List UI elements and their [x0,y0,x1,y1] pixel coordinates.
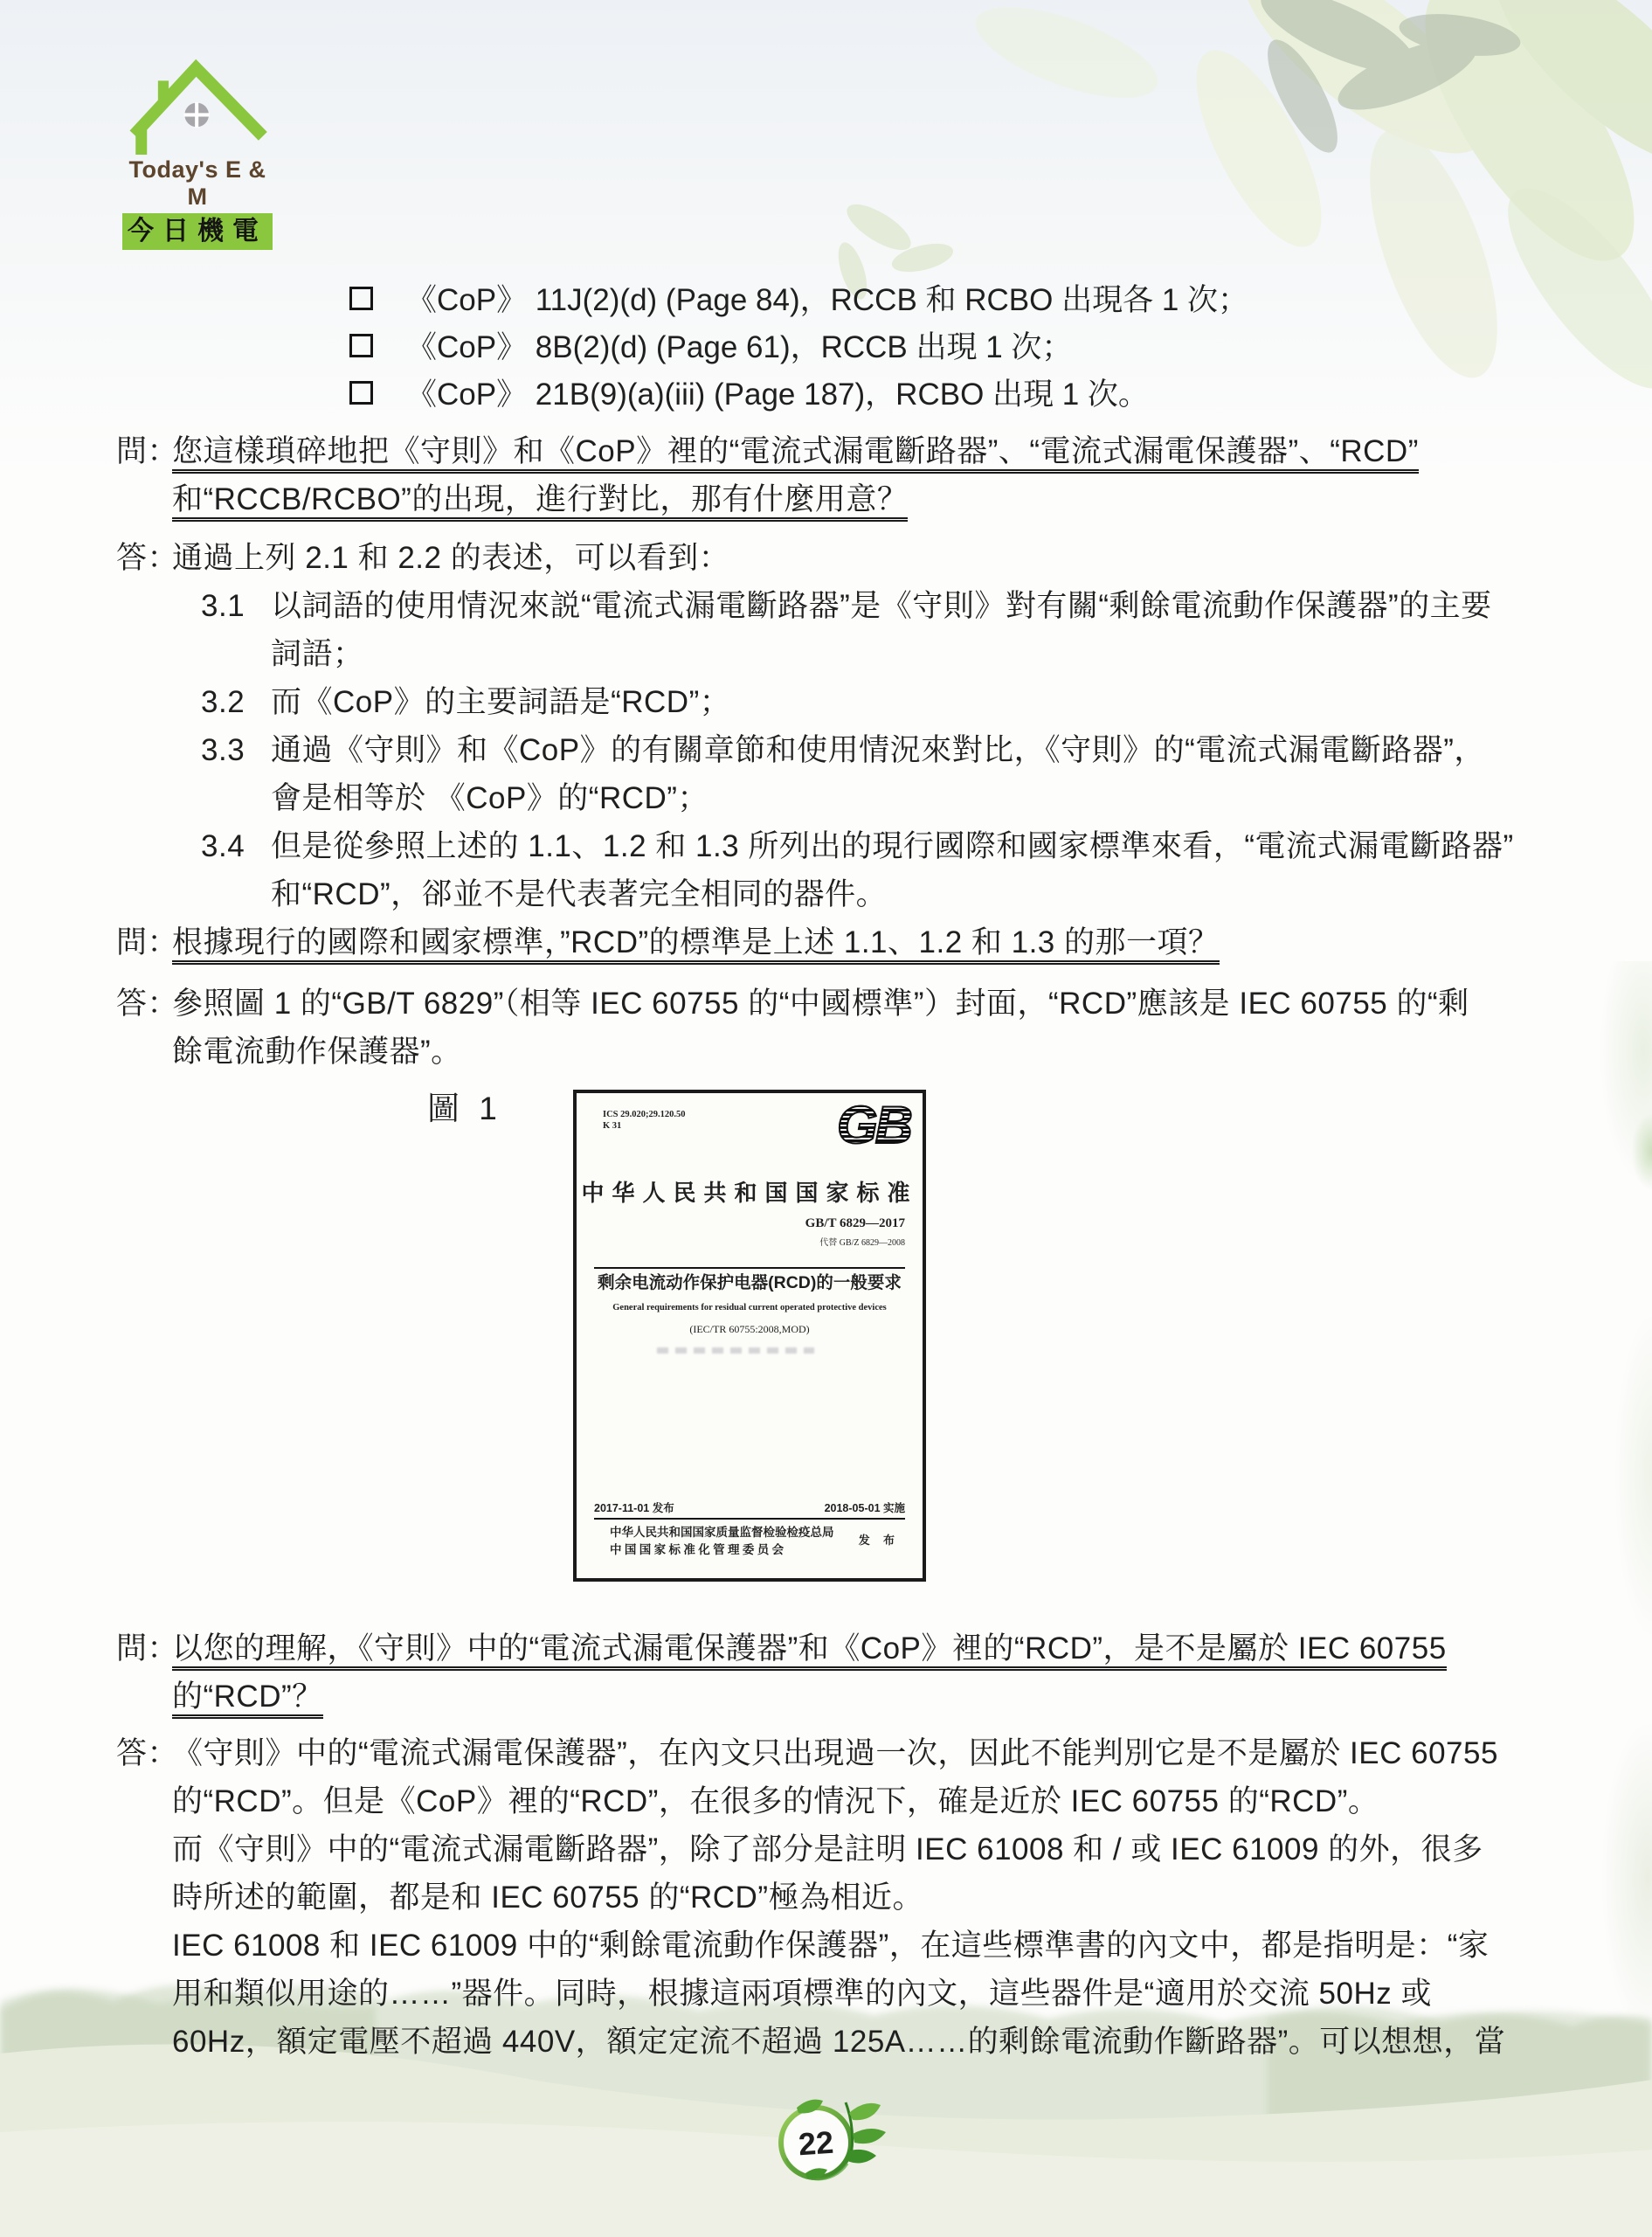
cover-subject-en: General requirements for residual curren… [577,1303,923,1312]
cover-ics-code: ICS 29.020;29.120.50 K 31 [603,1109,686,1132]
cover-publish-label: 发 布 [859,1531,900,1548]
answer-text: 《守則》中的“電流式漏電保護器”，在內文只出現過一次，因此不能判別它是不是屬於 … [172,1736,1498,1770]
subitem-number: 3.1 [201,587,271,626]
cover-issue-date: 2017-11-01 发布 [594,1499,674,1515]
answer-subitem: 3.2而《CoP》的主要詞語是“RCD”； [201,683,730,722]
cover-divider [594,1518,905,1520]
question-text: 您這樣瑣碎地把《守則》和《CoP》裡的“電流式漏電斷路器”、“電流式漏電保護器”… [172,434,1419,474]
answer-subitem: 和“RCD”，郤並不是代表著完全相同的器件。 [271,876,887,914]
house-logo-icon [122,48,273,155]
page-number: 22 [798,2124,835,2163]
answer-label: 答： [116,539,172,578]
answer-subitem: 會是相等於 《CoP》的“RCD”； [271,779,708,818]
subitem-text: 而《CoP》的主要詞語是“RCD”； [271,685,730,719]
logo-english-title: Today's E & M [122,156,273,211]
brand-logo: Today's E & M 今日機電 [122,48,273,250]
subitem-text: 通過《守則》和《CoP》的有關章節和使用情況來對比，《守則》的“電流式漏電斷路器… [271,733,1485,767]
answer-text: 60Hz，額定電壓不超過 440V，額定定流不超過 125A……的剩餘電流動作斷… [172,2025,1505,2059]
answer-text: 參照圖 1 的“GB/T 6829”（相等 IEC 60755 的“中國標準”）… [172,987,1469,1021]
right-edge-foliage [1547,961,1652,2080]
question-line: 問：根據現行的國際和國家標準，”RCD”的標準是上述 1.1、1.2 和 1.3… [116,924,1220,962]
answer-line: 答：通過上列 2.1 和 2.2 的表述，可以看到： [116,539,729,578]
cover-faded-text [657,1347,814,1354]
answer-line: 餘電流動作保護器”。 [172,1033,462,1071]
subitem-number: 3.3 [201,731,271,770]
question-label: 問： [116,433,172,471]
question-text: 以您的理解，《守則》中的“電流式漏電保護器”和《CoP》裡的“RCD”，是不是屬… [172,1631,1447,1671]
subitem-number: 3.4 [201,828,271,866]
cover-standard-number: GB/T 6829—2017 [805,1216,905,1231]
answer-line: 60Hz，額定電壓不超過 440V，額定定流不超過 125A……的剩餘電流動作斷… [172,2023,1505,2061]
question-label: 問： [116,1630,172,1668]
answer-label: 答： [116,985,172,1023]
question-text: 和“RCCB/RCBO”的出現，進行對比，那有什麼用意？ [172,482,908,522]
list-item: 《CoP》 8B(2)(d) (Page 61)，RCCB 出現 1 次； [349,322,1072,369]
question-label: 問： [116,924,172,962]
subitem-text: 但是從參照上述的 1.1、1.2 和 1.3 所列出的現行國際和國家標準來看，“… [271,829,1514,863]
answer-line: 答：參照圖 1 的“GB/T 6829”（相等 IEC 60755 的“中國標準… [116,985,1469,1023]
subitem-text: 以詞語的使用情況來説“電流式漏電斷路器”是《守則》對有關“剩餘電流動作保護器”的… [271,589,1492,623]
answer-label: 答： [116,1735,172,1773]
subitem-text: 和“RCD”，郤並不是代表著完全相同的器件。 [271,877,887,911]
question-line: 問：以您的理解，《守則》中的“電流式漏電保護器”和《CoP》裡的“RCD”，是不… [116,1630,1447,1668]
answer-line: 而《守則》中的“電流式漏電斷路器”，除了部分是註明 IEC 61008 和 / … [172,1831,1483,1869]
logo-chinese-title: 今日機電 [122,213,273,250]
answer-line: 的“RCD”。但是《CoP》裡的“RCD”，在很多的情況下，確是近於 IEC 6… [172,1783,1379,1821]
checkbox-icon [349,334,373,357]
subitem-number: 3.2 [201,683,271,722]
magazine-page: Today's E & M 今日機電 《CoP》 11J(2)(d) (Page… [0,0,1652,2237]
checkbox-icon [349,287,373,310]
list-item: 《CoP》 11J(2)(d) (Page 84)，RCCB 和 RCBO 出現… [349,274,1248,322]
page-number-badge: 22 [762,2088,893,2202]
cover-subject-cn: 剩余电流动作保护电器(RCD)的一般要求 [577,1269,923,1293]
question-line: 問：您這樣瑣碎地把《守則》和《CoP》裡的“電流式漏電斷路器”、“電流式漏電保護… [116,433,1419,471]
question-text: 的“RCD”？ [172,1679,323,1719]
figure-caption: 圖 1 [427,1082,502,1129]
cover-iec-reference: (IEC/TR 60755:2008,MOD) [577,1323,923,1336]
cover-issuer-2: 中 国 国 家 标 准 化 管 理 委 员 会 [610,1540,872,1557]
question-text: 根據現行的國際和國家標準，”RCD”的標準是上述 1.1、1.2 和 1.3 的… [172,925,1220,965]
answer-text: 時所述的範圍，都是和 IEC 60755 的“RCD”極為相近。 [172,1880,923,1915]
answer-text: IEC 61008 和 IEC 61009 中的“剩餘電流動作保護器”，在這些標… [172,1929,1489,1963]
gb-logo: GB [837,1095,910,1155]
cover-dates-row: 2017-11-01 发布 2018-05-01 实施 [594,1499,905,1515]
answer-text: 的“RCD”。但是《CoP》裡的“RCD”，在很多的情況下，確是近於 IEC 6… [172,1784,1379,1818]
cover-issuer-1: 中华人民共和国国家质量监督检验检疫总局 [610,1525,872,1540]
question-line: 的“RCD”？ [172,1678,323,1716]
leaf-icon [853,2129,886,2144]
subitem-text: 詞語； [271,637,364,671]
answer-text: 通過上列 2.1 和 2.2 的表述，可以看到： [172,541,729,575]
cover-implementation-date: 2018-05-01 实施 [825,1499,905,1515]
cover-title: 中华人民共和国国家标准 [577,1175,923,1208]
answer-line: 時所述的範圍，都是和 IEC 60755 的“RCD”極為相近。 [172,1879,923,1917]
answer-line: 用和類似用途的……”器件。同時，根據這兩項標準的內文，這些器件是“適用於交流 5… [172,1975,1432,2013]
leaf-icon [849,2103,881,2120]
answer-text: 用和類似用途的……”器件。同時，根據這兩項標準的內文，這些器件是“適用於交流 5… [172,1977,1432,2011]
list-item: 《CoP》 21B(9)(a)(iii) (Page 187)，RCBO 出現 … [349,369,1149,416]
subitem-text: 會是相等於 《CoP》的“RCD”； [271,781,708,815]
checkbox-icon [349,381,373,405]
list-item-text: 《CoP》 8B(2)(d) (Page 61)，RCCB 出現 1 次； [406,323,1072,367]
answer-text: 而《守則》中的“電流式漏電斷路器”，除了部分是註明 IEC 61008 和 / … [172,1832,1483,1866]
answer-subitem: 3.1以詞語的使用情況來説“電流式漏電斷路器”是《守則》對有關“剩餘電流動作保護… [201,587,1492,626]
answer-line: IEC 61008 和 IEC 61009 中的“剩餘電流動作保護器”，在這些標… [172,1927,1489,1965]
answer-subitem: 3.3通過《守則》和《CoP》的有關章節和使用情況來對比，《守則》的“電流式漏電… [201,731,1485,770]
question-line: 和“RCCB/RCBO”的出現，進行對比，那有什麼用意？ [172,481,908,519]
answer-text: 餘電流動作保護器”。 [172,1035,462,1069]
leaf-icon [847,2150,876,2164]
answer-subitem: 3.4但是從參照上述的 1.1、1.2 和 1.3 所列出的現行國際和國家標準來… [201,828,1514,866]
list-item-text: 《CoP》 11J(2)(d) (Page 84)，RCCB 和 RCBO 出現… [406,276,1248,320]
cover-replaces-note: 代替 GB/Z 6829—2008 [819,1235,905,1248]
answer-line: 答：《守則》中的“電流式漏電保護器”，在內文只出現過一次，因此不能判別它是不是屬… [116,1735,1498,1773]
answer-subitem: 詞語； [271,635,364,674]
list-item-text: 《CoP》 21B(9)(a)(iii) (Page 187)，RCBO 出現 … [406,371,1149,414]
standard-cover-image: ICS 29.020;29.120.50 K 31 GB 中华人民共和国国家标准… [573,1090,926,1582]
